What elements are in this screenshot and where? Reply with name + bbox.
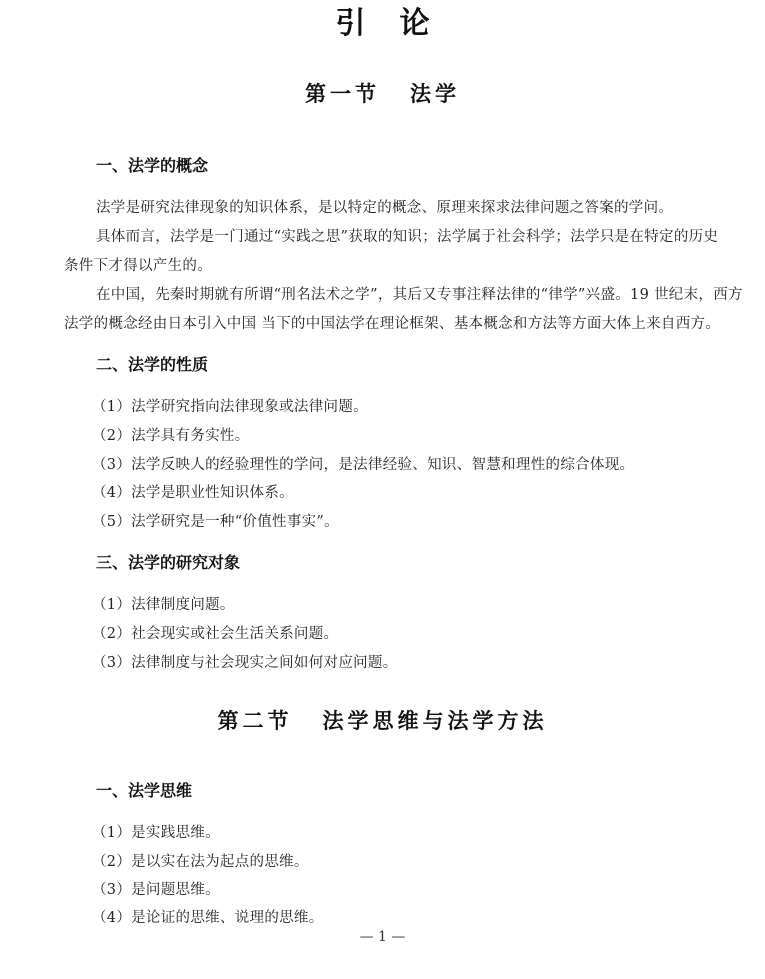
heading-nature: 二、法学的性质 — [96, 352, 208, 375]
document-page: 引论 第一节法学 一、法学的概念 法学是研究法律现象的知识体系，是以特定的概念、… — [0, 0, 765, 979]
list-item: （2）法学具有务实性。 — [92, 424, 250, 445]
heading-research-object: 三、法学的研究对象 — [96, 550, 240, 573]
list-item: （2）社会现实或社会生活关系问题。 — [92, 622, 338, 643]
page-number: — 1 — — [0, 929, 765, 945]
paragraph-line: 条件下才得以产生的。 — [64, 254, 212, 275]
list-item: （3）法律制度与社会现实之间如何对应问题。 — [92, 651, 398, 672]
paragraph-line: 法学是研究法律现象的知识体系，是以特定的概念、原理来探求法律问题之答案的学问。 — [96, 196, 673, 217]
section-2-name: 法学思维与法学方法 — [323, 708, 548, 733]
section-2-title: 第二节法学思维与法学方法 — [0, 705, 765, 735]
heading-concept: 一、法学的概念 — [96, 153, 208, 176]
section-2-number: 第二节 — [218, 708, 293, 733]
paragraph-line: 在中国，先秦时期就有所谓“刑名法术之学”，其后又专事注释法律的“律学”兴盛。19… — [96, 283, 743, 304]
section-1-name: 法学 — [410, 81, 460, 106]
chapter-title: 引论 — [0, 0, 765, 42]
list-item: （1）法律制度问题。 — [92, 593, 235, 614]
list-item: （4）是论证的思维、说理的思维。 — [92, 906, 324, 927]
list-item: （1）是实践思维。 — [92, 821, 220, 842]
list-item: （5）法学研究是一种“价值性事实”。 — [92, 510, 339, 531]
list-item: （4）法学是职业性知识体系。 — [92, 481, 294, 502]
list-item: （2）是以实在法为起点的思维。 — [92, 850, 309, 871]
list-item: （1）法学研究指向法律现象或法律问题。 — [92, 395, 368, 416]
paragraph-line: 法学的概念经由日本引入中国 当下的中国法学在理论框架、基本概念和方法等方面大体上… — [64, 312, 720, 333]
heading-legal-thinking: 一、法学思维 — [96, 778, 192, 801]
list-item: （3）是问题思维。 — [92, 878, 220, 899]
section-1-number: 第一节 — [305, 81, 380, 106]
list-item: （3）法学反映人的经验理性的学问，是法律经验、知识、智慧和理性的综合体现。 — [92, 453, 634, 474]
paragraph-line: 具体而言，法学是一门通过“实践之思”获取的知识；法学属于社会科学；法学只是在特定… — [96, 225, 718, 246]
section-1-title: 第一节法学 — [0, 78, 765, 108]
